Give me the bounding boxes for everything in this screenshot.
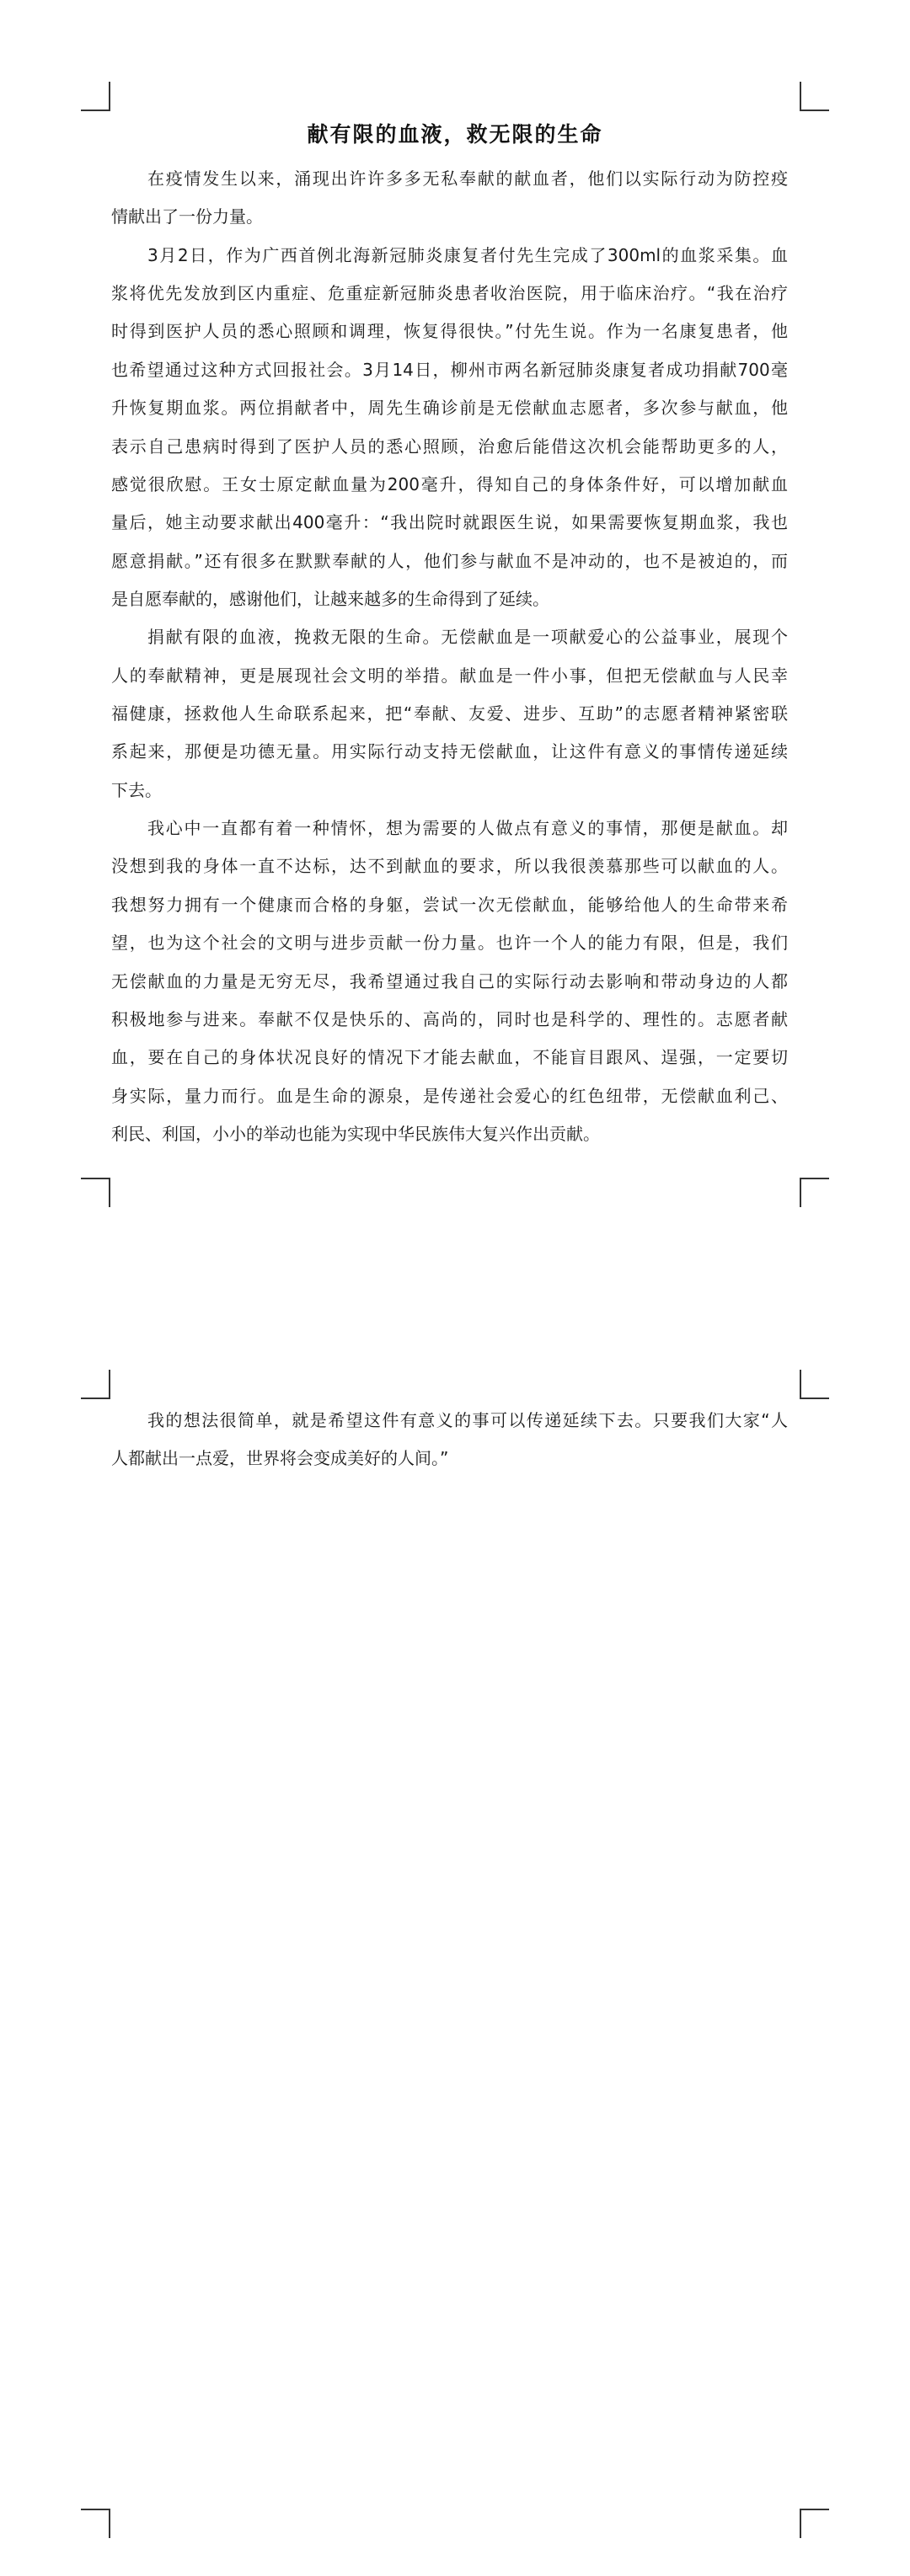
- paragraph-line: 升恢复期血浆。两位捐献者中，周先生确诊前是无偿献血志愿者，多次参与献血，他: [111, 389, 788, 427]
- crop-mark-bottom-left: [81, 1178, 110, 1207]
- document-page-1: 献有限的血液，救无限的生命 在疫情发生以来，涌现出许许多多无私奉献的献血者，他们…: [0, 0, 910, 1264]
- crop-mark-top-left: [81, 1370, 110, 1399]
- paragraph-line: 也希望通过这种方式回报社会。3月14日，柳州市两名新冠肺炎康复者成功捐献700毫: [111, 351, 788, 389]
- paragraph-line: 是自愿奉献的，感谢他们，让越来越多的生命得到了延续。: [111, 580, 788, 618]
- paragraph-line: 量后，她主动要求献出400毫升：“我出院时就跟医生说，如果需要恢复期血浆，我也: [111, 504, 788, 542]
- paragraph-line: 我想努力拥有一个健康而合格的身躯，尝试一次无偿献血，能够给他人的生命带来希: [111, 886, 788, 924]
- paragraph-line: 感觉很欣慰。王女士原定献血量为200毫升，得知自己的身体条件好，可以增加献血: [111, 466, 788, 504]
- page-2-body: 我的想法很简单，就是希望这件有意义的事可以传递延续下去。只要我们大家“人 人都献…: [111, 1402, 788, 1478]
- crop-mark-bottom-left: [81, 2509, 110, 2538]
- paragraph-line: 血，要在自己的身体状况良好的情况下才能去献血，不能盲目跟风、逞强，一定要切: [111, 1039, 788, 1077]
- crop-mark-bottom-right: [800, 2509, 829, 2538]
- page-1-body: 在疫情发生以来，涌现出许许多多无私奉献的献血者，他们以实际行动为防控疫 情献出了…: [111, 160, 788, 1153]
- paragraph-line: 情献出了一份力量。: [111, 198, 788, 236]
- paragraph-line: 我的想法很简单，就是希望这件有意义的事可以传递延续下去。只要我们大家“人: [111, 1402, 788, 1440]
- document-title: 献有限的血液，救无限的生命: [0, 120, 910, 150]
- paragraph-line: 时得到医护人员的悉心照顾和调理，恢复得很快。”付先生说。作为一名康复患者，他: [111, 313, 788, 350]
- paragraph-line: 人的奉献精神，更是展现社会文明的举措。献血是一件小事，但把无偿献血与人民幸: [111, 657, 788, 695]
- paragraph-line: 捐献有限的血液，挽救无限的生命。无偿献血是一项献爱心的公益事业，展现个: [111, 618, 788, 656]
- crop-mark-top-left: [81, 82, 110, 111]
- paragraph-line: 没想到我的身体一直不达标，达不到献血的要求，所以我很羡慕那些可以献血的人。: [111, 847, 788, 885]
- paragraph-line: 望，也为这个社会的文明与进步贡献一份力量。也许一个人的能力有限，但是，我们: [111, 924, 788, 962]
- crop-mark-bottom-right: [800, 1178, 829, 1207]
- paragraph-line: 积极地参与进来。奉献不仅是快乐的、高尚的，同时也是科学的、理性的。志愿者献: [111, 1001, 788, 1039]
- paragraph-line: 系起来，那便是功德无量。用实际行动支持无偿献血，让这件有意义的事情传递延续: [111, 733, 788, 771]
- paragraph-line: 表示自己患病时得到了医护人员的悉心照顾，治愈后能借这次机会能帮助更多的人，: [111, 428, 788, 466]
- paragraph-line: 利民、利国，小小的举动也能为实现中华民族伟大复兴作出贡献。: [111, 1115, 788, 1153]
- paragraph-line: 3月2日，作为广西首例北海新冠肺炎康复者付先生完成了300ml的血浆采集。血: [111, 237, 788, 275]
- paragraph-line: 无偿献血的力量是无穷无尽，我希望通过我自己的实际行动去影响和带动身边的人都: [111, 963, 788, 1001]
- crop-mark-top-right: [800, 1370, 829, 1399]
- paragraph-line: 愿意捐献。”还有很多在默默奉献的人，他们参与献血不是冲动的，也不是被迫的，而: [111, 542, 788, 580]
- paragraph-line: 身实际，量力而行。血是生命的源泉，是传递社会爱心的红色纽带，无偿献血利己、: [111, 1077, 788, 1115]
- crop-mark-top-right: [800, 82, 829, 111]
- paragraph-line: 浆将优先发放到区内重症、危重症新冠肺炎患者收治医院，用于临床治疗。“我在治疗: [111, 275, 788, 313]
- paragraph-line: 我心中一直都有着一种情怀，想为需要的人做点有意义的事情，那便是献血。却: [111, 810, 788, 847]
- paragraph-line: 人都献出一点爱，世界将会变成美好的人间。”: [111, 1440, 788, 1478]
- document-page-2: 我的想法很简单，就是希望这件有意义的事可以传递延续下去。只要我们大家“人 人都献…: [0, 1264, 910, 2576]
- paragraph-line: 在疫情发生以来，涌现出许许多多无私奉献的献血者，他们以实际行动为防控疫: [111, 160, 788, 198]
- paragraph-line: 下去。: [111, 772, 788, 810]
- paragraph-line: 福健康，拯救他人生命联系起来，把“奉献、友爱、进步、互助”的志愿者精神紧密联: [111, 695, 788, 733]
